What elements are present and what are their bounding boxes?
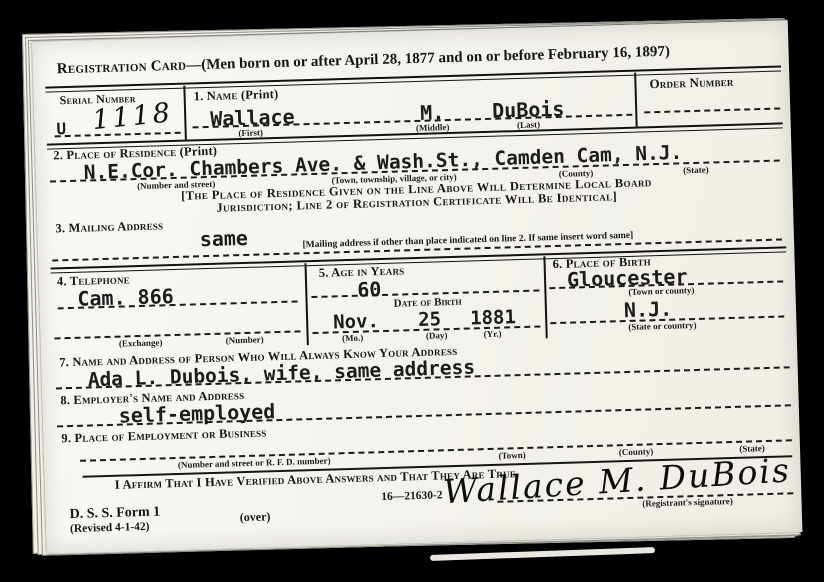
telephone-sublabel-number: (Number) xyxy=(226,334,264,345)
order-number-line xyxy=(644,107,780,113)
scanned-photo-background: { "colors": { "background": "#000000", "… xyxy=(0,0,824,582)
order-divider xyxy=(634,73,638,127)
card-stack-edge-highlight xyxy=(430,547,655,561)
col-divider-age-birth xyxy=(543,256,547,338)
print-code: 16—21630-2 xyxy=(381,489,443,503)
employment-label: 9. Place of Employment or Business xyxy=(61,425,266,446)
name-last-sublabel: (Last) xyxy=(517,119,540,130)
registration-card: Registration Card—(Men born on or after … xyxy=(32,20,802,554)
col-divider-telephone-age xyxy=(304,263,308,345)
mailing-value: same xyxy=(199,226,248,251)
age-value: 60 xyxy=(357,277,382,302)
serial-number-value: 1118 xyxy=(91,97,174,136)
dob-sublabel-year: (Yr.) xyxy=(483,329,501,340)
over-note: (over) xyxy=(240,509,271,525)
serial-line xyxy=(55,132,181,138)
birth-state-sublabel: (State or country) xyxy=(628,320,697,332)
dob-sublabel-day: (Day) xyxy=(426,330,448,341)
name-label: 1. Name (Print) xyxy=(193,87,278,104)
residence-sublabel-state: (State) xyxy=(683,165,709,176)
employment-sublabel-county: (County) xyxy=(619,446,654,457)
telephone-sublabel-exchange: (Exchange) xyxy=(119,337,163,348)
mailing-label: 3. Mailing Address xyxy=(55,218,163,236)
scan-noise-speckles xyxy=(0,0,2,2)
serial-name-divider xyxy=(183,86,187,140)
form-revision: (Revised 4-1-42) xyxy=(70,521,150,535)
name-label-paren: (Print) xyxy=(241,87,279,102)
name-label-text: 1. Name xyxy=(193,88,237,103)
dob-sublabel-month: (Mo.) xyxy=(342,333,364,344)
employment-sublabel-town: (Town) xyxy=(498,450,525,461)
date-of-birth-label: Date of Birth xyxy=(394,296,462,310)
birth-town-sublabel: (Town or county) xyxy=(628,285,694,297)
card-title-main: Registration Card xyxy=(57,58,187,78)
card-title-subtitle: —(Men born on or after April 28, 1877 an… xyxy=(186,44,670,74)
order-number-label: Order Number xyxy=(649,74,734,92)
